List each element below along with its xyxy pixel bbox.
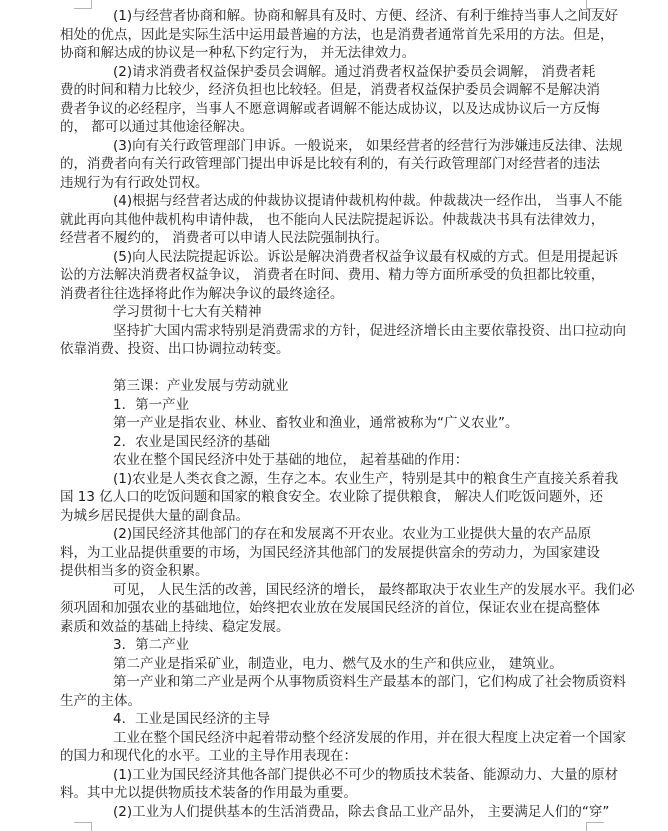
text-line: 第一产业是指农业、林业、畜牧业和渔业，通常被称为“广义农业”。 [60,414,620,433]
text-line: (5)向人民法院提起诉讼。诉讼是解决消费者权益争议最有权威的方式。但是用提起诉 [60,248,620,267]
text-line: (2)请求消费者权益保护委员会调解。通过消费者权益保护委员会调解， 消费者耗 [60,63,620,82]
text-line: (3)向有关行政管理部门申诉。一般说来， 如果经营者的经营行为涉嫌违反法律、法规 [60,137,620,156]
text-line: 第一产业和第二产业是两个从事物质资料生产最基本的部门，它们构成了社会物质资料 [60,673,620,692]
text-line: 坚持扩大国内需求特别是消费需求的方针，促进经济增长由主要依靠投资、出口拉动向 [60,322,620,341]
text-line: (2)工业为人们提供基本的生活消费品，除去食品工业产品外， 主要满足人们的“穿” [60,803,620,822]
text-line: 费者争议的必经程序，当事人不愿意调解或者调解不能达成协议，以及达成协议后一方反悔 [60,100,620,119]
text-line: 料，为工业品提供重要的市场，为国民经济其他部门的发展提供富余的劳动力，为国家建设 [60,544,620,563]
blank-line [60,359,620,378]
margin-crop-mark-bottom-right [586,822,604,831]
text-line: 协商和解达成的协议是一种私下约定行为， 并无法律效力。 [60,44,620,63]
text-line: (4)根据与经营者达成的仲裁协议提请仲裁机构仲裁。仲裁裁决一经作出， 当事人不能 [60,192,620,211]
text-line: 生产的主体。 [60,692,620,711]
subheading-line: 2．农业是国民经济的基础 [60,433,620,452]
text-line: 依靠消费、投资、出口协调拉动转变。 [60,340,620,359]
text-line: 的， 都可以通过其他途径解决。 [60,118,620,137]
section-heading-line: 第三课：产业发展与劳动就业 [60,377,620,396]
text-line: 讼的方法解决消费者权益争议， 消费者在时间、费用、精力等方面所承受的负担都比较重… [60,266,620,285]
text-line: (2)国民经济其他部门的存在和发展离不开农业。农业为工业提供大量的农产品原 [60,525,620,544]
text-line: 工业在整个国民经济中起着带动整个经济发展的作用，并在很大程度上决定着一个国家 [60,729,620,748]
text-line: (1)工业为国民经济其他各部门提供必不可少的物质技术装备、能源动力、大量的原材 [60,766,620,785]
text-line: (1)农业是人类衣食之源，生存之本。农业生产，特别是其中的粮食生产直接关系着我 [60,470,620,489]
word-document-page: (1)与经营者协商和解。协商和解具有及时、方便、经济、有利于维持当事人之间友好 … [0,0,668,831]
text-line: 消费者往往选择将此作为解决争议的最终途径。 [60,285,620,304]
margin-crop-mark-bottom-left [74,822,92,831]
text-line: 可见， 人民生活的改善，国民经济的增长， 最终都取决于农业生产的发展水平。我们必 [60,581,620,600]
text-line: 的国力和现代化的水平。工业的主导作用表现在： [60,747,620,766]
text-line: 违规行为有行政处罚权。 [60,174,620,193]
text-line: 就此再向其他仲裁机构申请仲裁， 也不能向人民法院提起诉讼。仲裁裁决书具有法律效力… [60,211,620,230]
text-line: 为城乡居民提供大量的副食品。 [60,507,620,526]
subheading-line: 3．第二产业 [60,636,620,655]
text-line: 料。其中尤以提供物质技术装备的作用最为重要。 [60,784,620,803]
text-line: 国 13 亿人口的吃饭问题和国家的粮食安全。农业除了提供粮食， 解决人们吃饭问题… [60,488,620,507]
document-text-block: (1)与经营者协商和解。协商和解具有及时、方便、经济、有利于维持当事人之间友好 … [60,7,620,821]
text-line: 经营者不履约的， 消费者可以申请人民法院强制执行。 [60,229,620,248]
text-line: 须巩固和加强农业的基础地位，始终把农业放在发展国民经济的首位，保证农业在提高整体 [60,599,620,618]
text-line: (1)与经营者协商和解。协商和解具有及时、方便、经济、有利于维持当事人之间友好 [60,7,620,26]
text-line: 学习贯彻十七大有关精神 [60,303,620,322]
text-line: 农业在整个国民经济中处于基础的地位， 起着基础的作用： [60,451,620,470]
subheading-line: 1．第一产业 [60,396,620,415]
text-line: 的，消费者向有关行政管理部门提出申诉是比较有利的，有关行政管理部门对经营者的违法 [60,155,620,174]
text-line: 相处的优点，因此是实际生活中运用最普遍的方法，也是消费者通常首先采用的方法。但是… [60,26,620,45]
text-line: 费的时间和精力比较少，经济负担也比较轻。但是，消费者权益保护委员会调解不是解决消 [60,81,620,100]
subheading-line: 4．工业是国民经济的主导 [60,710,620,729]
text-line: 素质和效益的基础上持续、稳定发展。 [60,618,620,637]
text-line: 提供相当多的资金积累。 [60,562,620,581]
text-line: 第二产业是指采矿业，制造业，电力、燃气及水的生产和供应业， 建筑业。 [60,655,620,674]
